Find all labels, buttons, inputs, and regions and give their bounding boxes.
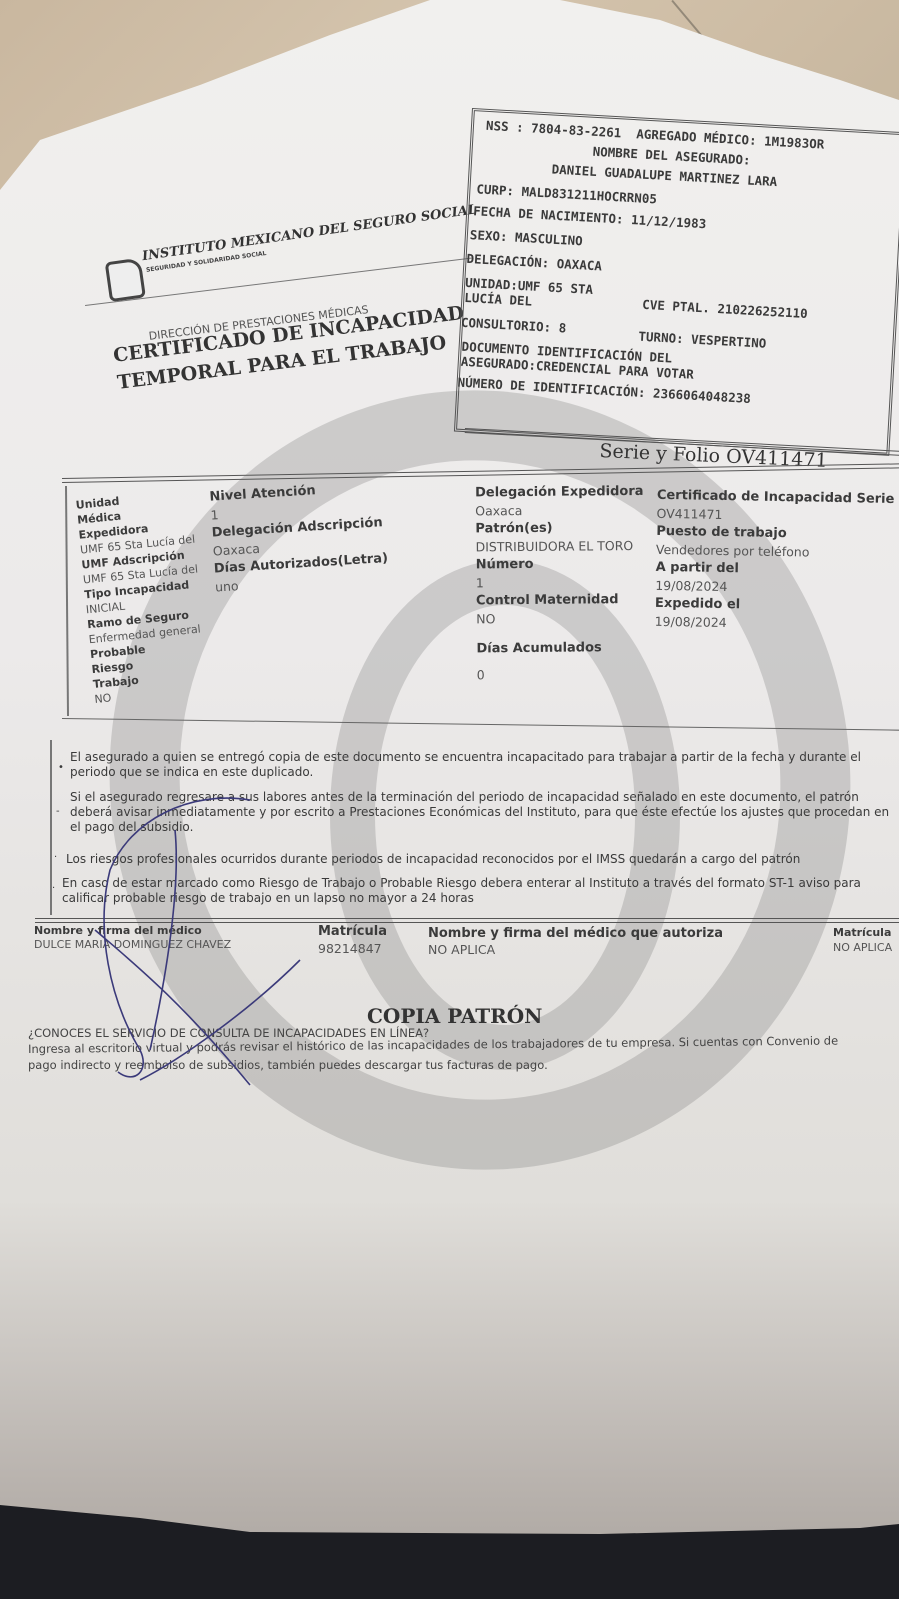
- certificate-paper: INSTITUTO MEXICANO DEL SEGURO SOCIAL SEG…: [0, 0, 899, 1599]
- signature-scribble-icon: [0, 0, 899, 1599]
